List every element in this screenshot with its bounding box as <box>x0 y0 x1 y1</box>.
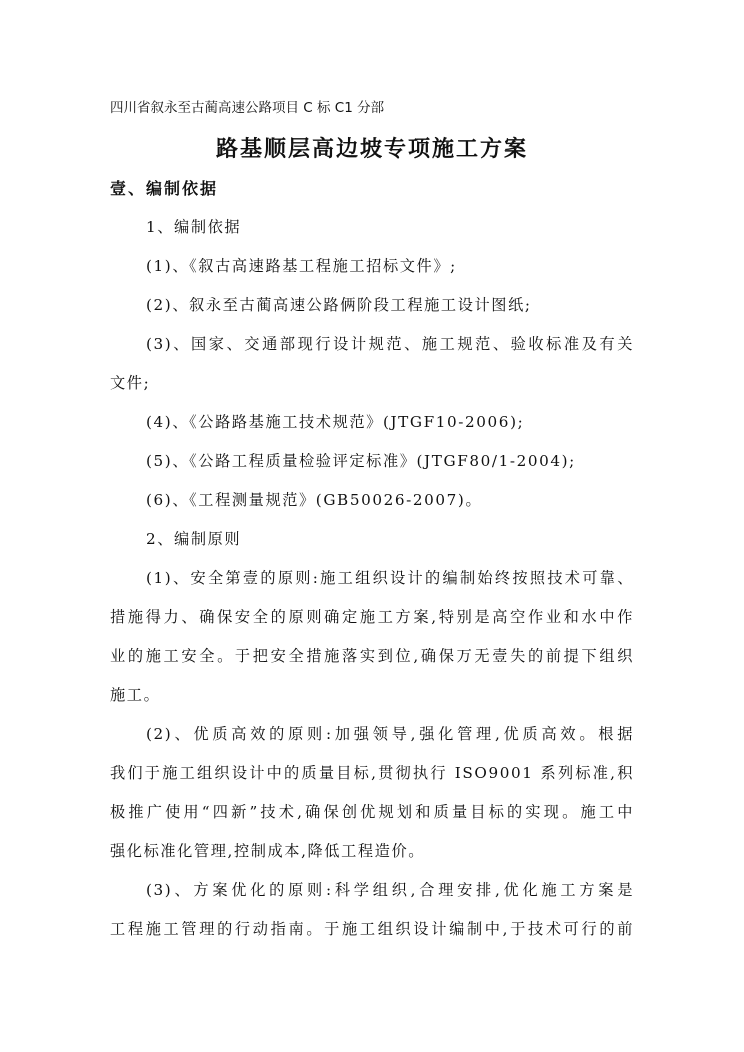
document-page: 四川省叙永至古蔺高速公路项目 C 标 C1 分部 路基顺层高边坡专项施工方案 壹… <box>0 0 744 1052</box>
paragraph-line: 工程施工管理的行动指南。于施工组织设计编制中,于技术可行的前 <box>110 918 634 939</box>
paragraph-line: (1)、安全第壹的原则:施工组织设计的编制始终按照技术可靠、 <box>146 567 634 588</box>
subsection-heading: 2、编制原则 <box>146 528 670 549</box>
paragraph-line: 业的施工安全。于把安全措施落实到位,确保万无壹失的前提下组织 <box>110 645 634 666</box>
paragraph-line: 我们于施工组织设计中的质量目标,贯彻执行 ISO9001 系列标准,积 <box>110 762 634 783</box>
section-heading: 壹、编制依据 <box>110 176 218 199</box>
paragraph-line: (2)、优质高效的原则:加强领导,强化管理,优质高效。根据 <box>146 723 634 744</box>
paragraph-line: 施工。 <box>110 684 634 705</box>
document-title: 路基顺层高边坡专项施工方案 <box>0 132 744 163</box>
list-item-continuation: 文件; <box>110 372 634 393</box>
paragraph-line: 措施得力、确保安全的原则确定施工方案,特别是高空作业和水中作 <box>110 606 634 627</box>
paragraph-line: (3)、方案优化的原则:科学组织,合理安排,优化施工方案是 <box>146 879 634 900</box>
list-item: (5)、《公路工程质量检验评定标准》(JTGF80/1-2004); <box>146 450 670 471</box>
list-item: (2)、叙永至古蔺高速公路俩阶段工程施工设计图纸; <box>146 294 670 315</box>
list-item: (4)、《公路路基施工技术规范》(JTGF10-2006); <box>146 411 670 432</box>
page-header: 四川省叙永至古蔺高速公路项目 C 标 C1 分部 <box>110 96 384 116</box>
subsection-heading: 1、编制依据 <box>146 216 670 237</box>
list-item: (6)、《工程测量规范》(GB50026-2007)。 <box>146 489 670 510</box>
list-item: (3)、国家、交通部现行设计规范、施工规范、验收标准及有关 <box>146 333 634 354</box>
paragraph-line: 极推广使用“四新”技术,确保创优规划和质量目标的实现。施工中 <box>110 801 634 822</box>
list-item: (1)、《叙古高速路基工程施工招标文件》; <box>146 255 670 276</box>
paragraph-line: 强化标准化管理,控制成本,降低工程造价。 <box>110 840 634 861</box>
